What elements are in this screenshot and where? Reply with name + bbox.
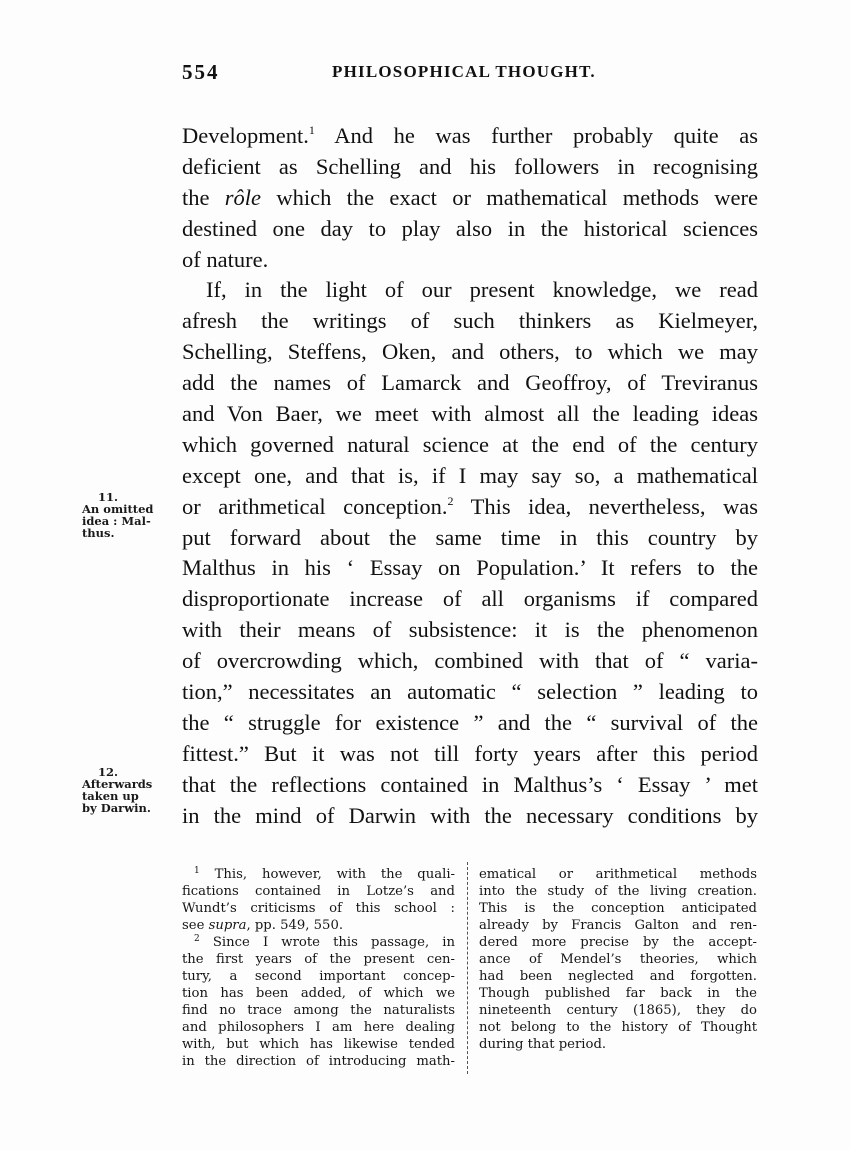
body-line: destined one day to play also in the his… — [182, 214, 758, 245]
body-line: fittest.” But it was not till forty year… — [182, 739, 758, 770]
footnotes: 1 This, however, with the quali- ficatio… — [182, 866, 758, 1086]
body-line: or arithmetical conception.2 This idea, … — [182, 492, 758, 523]
footnote-line: ance of Mendel’s theories, which — [479, 951, 757, 968]
footnote-line: dered more precise by the accept- — [479, 934, 757, 951]
body-line: afresh the writings of such thinkers as … — [182, 306, 758, 337]
marginal-note-12: 12. Afterwards taken up by Darwin. — [82, 766, 174, 814]
body-line: with their means of subsistence: it is t… — [182, 615, 758, 646]
body-line: Schelling, Steffens, Oken, and others, t… — [182, 337, 758, 368]
footnote-line: Though published far back in the — [479, 985, 757, 1002]
running-head: PHILOSOPHICAL THOUGHT. — [332, 62, 596, 82]
body-text: Development.1 And he was further probabl… — [182, 121, 758, 831]
footnote-line: into the study of the living creation. — [479, 883, 757, 900]
footnote-1-start: 1 This, however, with the quali- — [182, 866, 455, 883]
body-line: put forward about the same time in this … — [182, 523, 758, 554]
marginal-note-text: An omitted idea : Mal- thus. — [82, 503, 174, 539]
body-line: add the names of Lamarck and Geoffroy, o… — [182, 368, 758, 399]
footnote-line: fications contained in Lotze’s and — [182, 883, 455, 900]
body-line: of nature. — [182, 245, 758, 276]
body-line: that the reflections contained in Malthu… — [182, 770, 758, 801]
footnote-line: tion has been added, of which we — [182, 985, 455, 1002]
book-page: 554 PHILOSOPHICAL THOUGHT. 11. An omitte… — [0, 0, 850, 1150]
body-line: except one, and that is, if I may say so… — [182, 461, 758, 492]
footnote-line: tury, a second important concep- — [182, 968, 455, 985]
footnote-line: and philosophers I am here dealing — [182, 1019, 455, 1036]
body-line: Malthus in his ‘ Essay on Population.’ I… — [182, 553, 758, 584]
footnote-line: had been neglected and forgotten. — [479, 968, 757, 985]
footnote-line: see supra, pp. 549, 550. — [182, 917, 455, 934]
footnote-line: with, but which has likewise tended — [182, 1036, 455, 1053]
footnote-line: nineteenth century (1865), they do — [479, 1002, 757, 1019]
body-line: deficient as Schelling and his followers… — [182, 152, 758, 183]
body-line: and Von Baer, we meet with almost all th… — [182, 399, 758, 430]
footnote-line: during that period. — [479, 1036, 757, 1053]
footnote-2-start: 2 Since I wrote this passage, in — [182, 934, 455, 951]
body-line: which governed natural science at the en… — [182, 430, 758, 461]
footnote-line: already by Francis Galton and ren- — [479, 917, 757, 934]
body-line: the “ struggle for existence ” and the “… — [182, 708, 758, 739]
page-header: 554 PHILOSOPHICAL THOUGHT. — [182, 60, 758, 84]
body-line: the rôle which the exact or mathematical… — [182, 183, 758, 214]
body-line: of overcrowding which, combined with tha… — [182, 646, 758, 677]
marginal-note-text: Afterwards taken up by Darwin. — [82, 778, 174, 814]
footnote-line: the first years of the present cen- — [182, 951, 455, 968]
footnote-line: find no trace among the naturalists — [182, 1002, 455, 1019]
body-line: Development.1 And he was further probabl… — [182, 121, 758, 152]
body-line: tion,” necessitates an automatic “ selec… — [182, 677, 758, 708]
body-line: in the mind of Darwin with the necessary… — [182, 801, 758, 832]
footnote-line: This is the conception anticipated — [479, 900, 757, 917]
body-line: disproportionate increase of all organis… — [182, 584, 758, 615]
footnote-line: Wundt’s criticisms of this school : — [182, 900, 455, 917]
paragraph-start-line: If, in the light of our present knowledg… — [182, 275, 758, 306]
footnote-column-right: ematical or arithmetical methods into th… — [479, 866, 757, 1053]
page-number: 554 — [182, 60, 220, 85]
footnote-line: in the direction of introducing math- — [182, 1053, 455, 1070]
footnote-column-divider — [467, 862, 468, 1074]
italic-word: rôle — [225, 185, 261, 210]
footnote-line: not belong to the history of Thought — [479, 1019, 757, 1036]
footnote-line: ematical or arithmetical methods — [479, 866, 757, 883]
marginal-note-11: 11. An omitted idea : Mal- thus. — [82, 491, 174, 539]
footnote-column-left: 1 This, however, with the quali- ficatio… — [182, 866, 455, 1070]
